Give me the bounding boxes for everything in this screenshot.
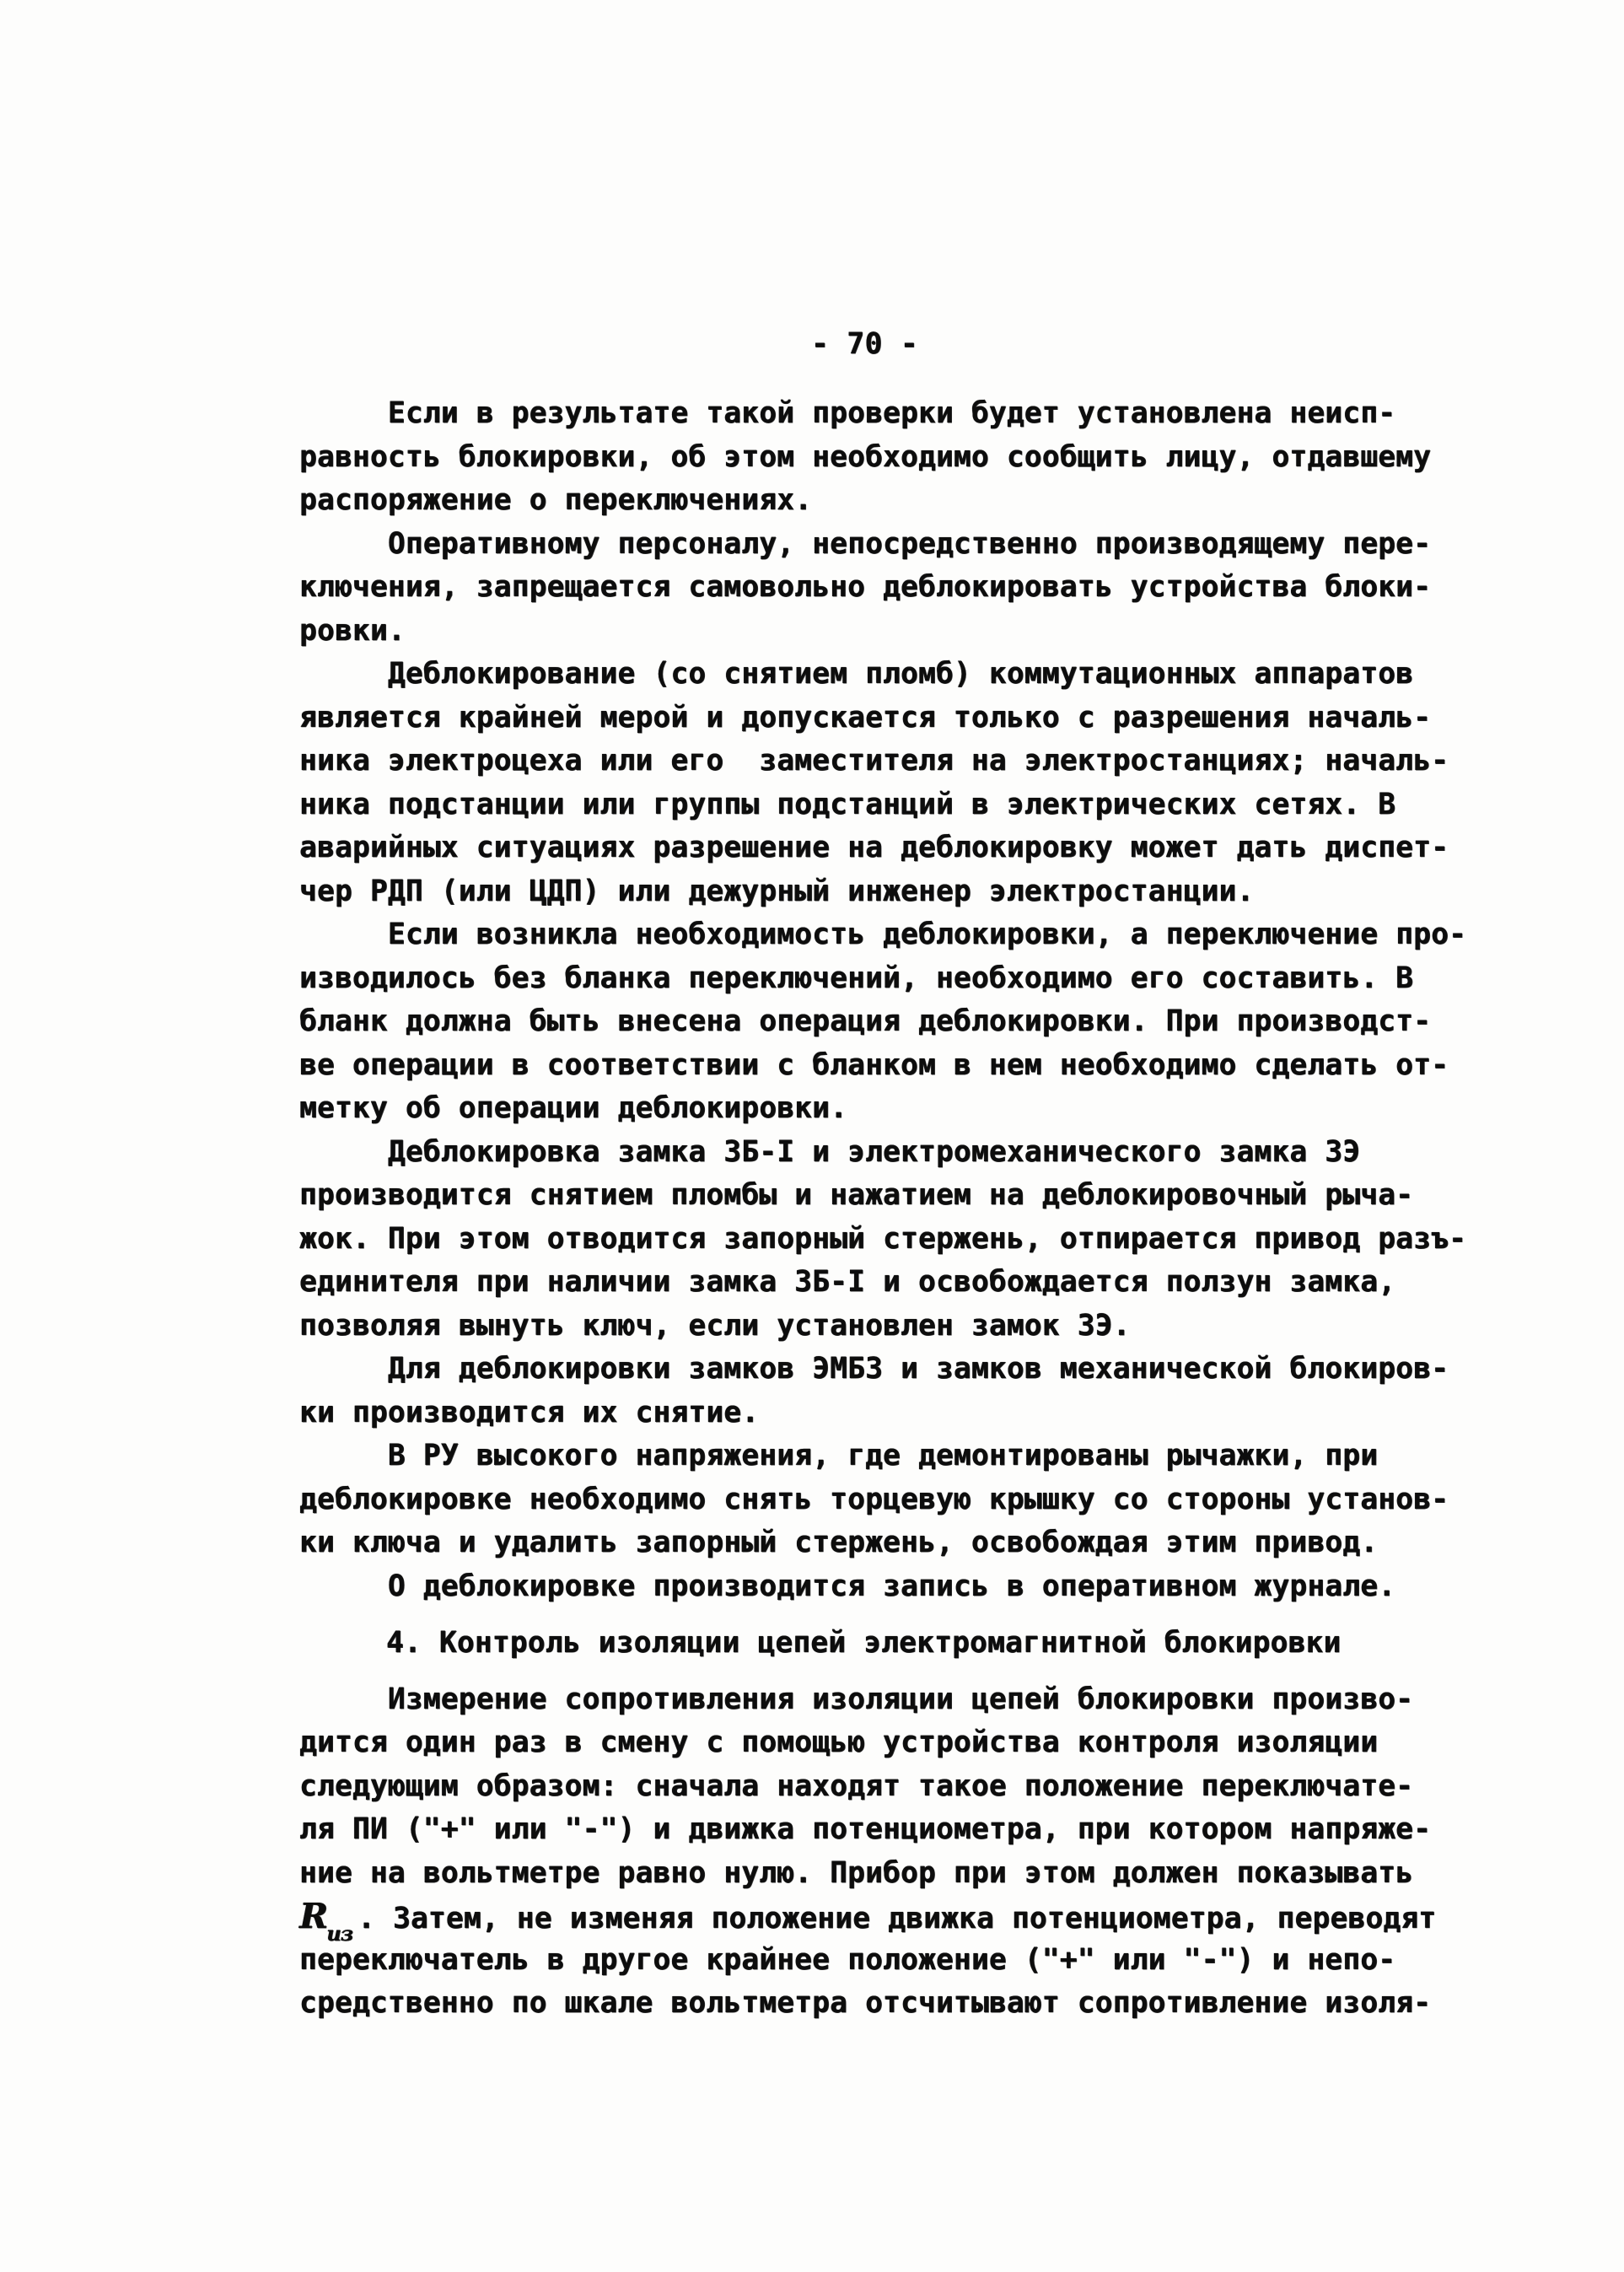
resistance-symbol: R: [299, 1896, 328, 1936]
text-line: ки производится их снятие.: [299, 1392, 1497, 1435]
text-line: равность блокировки, об этом необходимо …: [299, 436, 1497, 480]
text-line: распоряжение о переключениях.: [299, 479, 1497, 523]
text-line: Оперативному персоналу, непосредственно …: [299, 523, 1497, 567]
section-heading: 4. Контроль изоляции цепей электромагнит…: [299, 1622, 1497, 1666]
text-line: единителя при наличии замка ЗБ-I и освоб…: [299, 1261, 1497, 1305]
paragraphs-bottom: Измерение сопротивления изоляции цепей б…: [299, 1678, 1497, 2026]
text-line: В РУ высокого напряжения, где демонтиров…: [299, 1435, 1497, 1478]
text-line: изводилось без бланка переключений, необ…: [299, 957, 1497, 1001]
text-line: средственно по шкале вольтметра отсчитыв…: [299, 1982, 1497, 2026]
text-line: является крайней мерой и допускается тол…: [299, 697, 1497, 740]
text-line: ве операции в соответствии с бланком в н…: [299, 1044, 1497, 1088]
text-line: ника электроцеха или его заместителя на …: [299, 740, 1497, 783]
resistance-subscript: из: [326, 1921, 352, 1946]
text-line: Для деблокировки замков ЭМБЗ и замков ме…: [299, 1348, 1497, 1392]
text-line: позволяя вынуть ключ, если установлен за…: [299, 1305, 1497, 1349]
text-line: следующим образом: сначала находят такое…: [299, 1765, 1497, 1809]
document-body: Если в результате такой проверки будет у…: [299, 392, 1497, 2026]
text-line: жок. При этом отводится запорный стержен…: [299, 1218, 1497, 1262]
text-line: аварийных ситуациях разрешение на деблок…: [299, 826, 1497, 870]
text-line: ля ПИ ("+" или "-") и движка потенциомет…: [299, 1808, 1497, 1852]
text-line: Деблокирование (со снятием пломб) коммут…: [299, 653, 1497, 697]
text-line: ки ключа и удалить запорный стержень, ос…: [299, 1521, 1497, 1565]
text-line: метку об операции деблокировки.: [299, 1087, 1497, 1131]
page-number: - 70 -: [811, 323, 918, 367]
text-line: производится снятием пломбы и нажатием н…: [299, 1174, 1497, 1218]
text-line: Измерение сопротивления изоляции цепей б…: [299, 1678, 1497, 1722]
text-line: деблокировке необходимо снять торцевую к…: [299, 1478, 1497, 1522]
text-line: дится один раз в смену с помощью устройс…: [299, 1721, 1497, 1765]
text-line: чер РДП (или ЦДП) или дежурный инженер э…: [299, 870, 1497, 914]
text-line: О деблокировке производится запись в опе…: [299, 1565, 1497, 1609]
text-line: ника подстанции или группы подстанций в …: [299, 783, 1497, 827]
text-line: бланк должна быть внесена операция дебло…: [299, 1000, 1497, 1044]
text-line: Rиз. Затем, не изменяя положение движка …: [299, 1895, 1497, 1939]
text-line: Если возникла необходимость деблокировки…: [299, 913, 1497, 957]
scanned-document-page: - 70 - Если в результате такой проверки …: [0, 0, 1624, 2272]
text-line: ние на вольтметре равно нулю. Прибор при…: [299, 1852, 1497, 1896]
paragraphs-top: Если в результате такой проверки будет у…: [299, 392, 1497, 1608]
text-line-rest: . Затем, не изменяя положение движка пот…: [358, 1902, 1436, 1936]
text-line: ровки.: [299, 610, 1497, 654]
text-line: переключатель в другое крайнее положение…: [299, 1939, 1497, 1983]
text-line: Деблокировка замка ЗБ-I и электромеханич…: [299, 1131, 1497, 1175]
text-line: ключения, запрещается самовольно деблоки…: [299, 566, 1497, 610]
text-line: Если в результате такой проверки будет у…: [299, 392, 1497, 436]
